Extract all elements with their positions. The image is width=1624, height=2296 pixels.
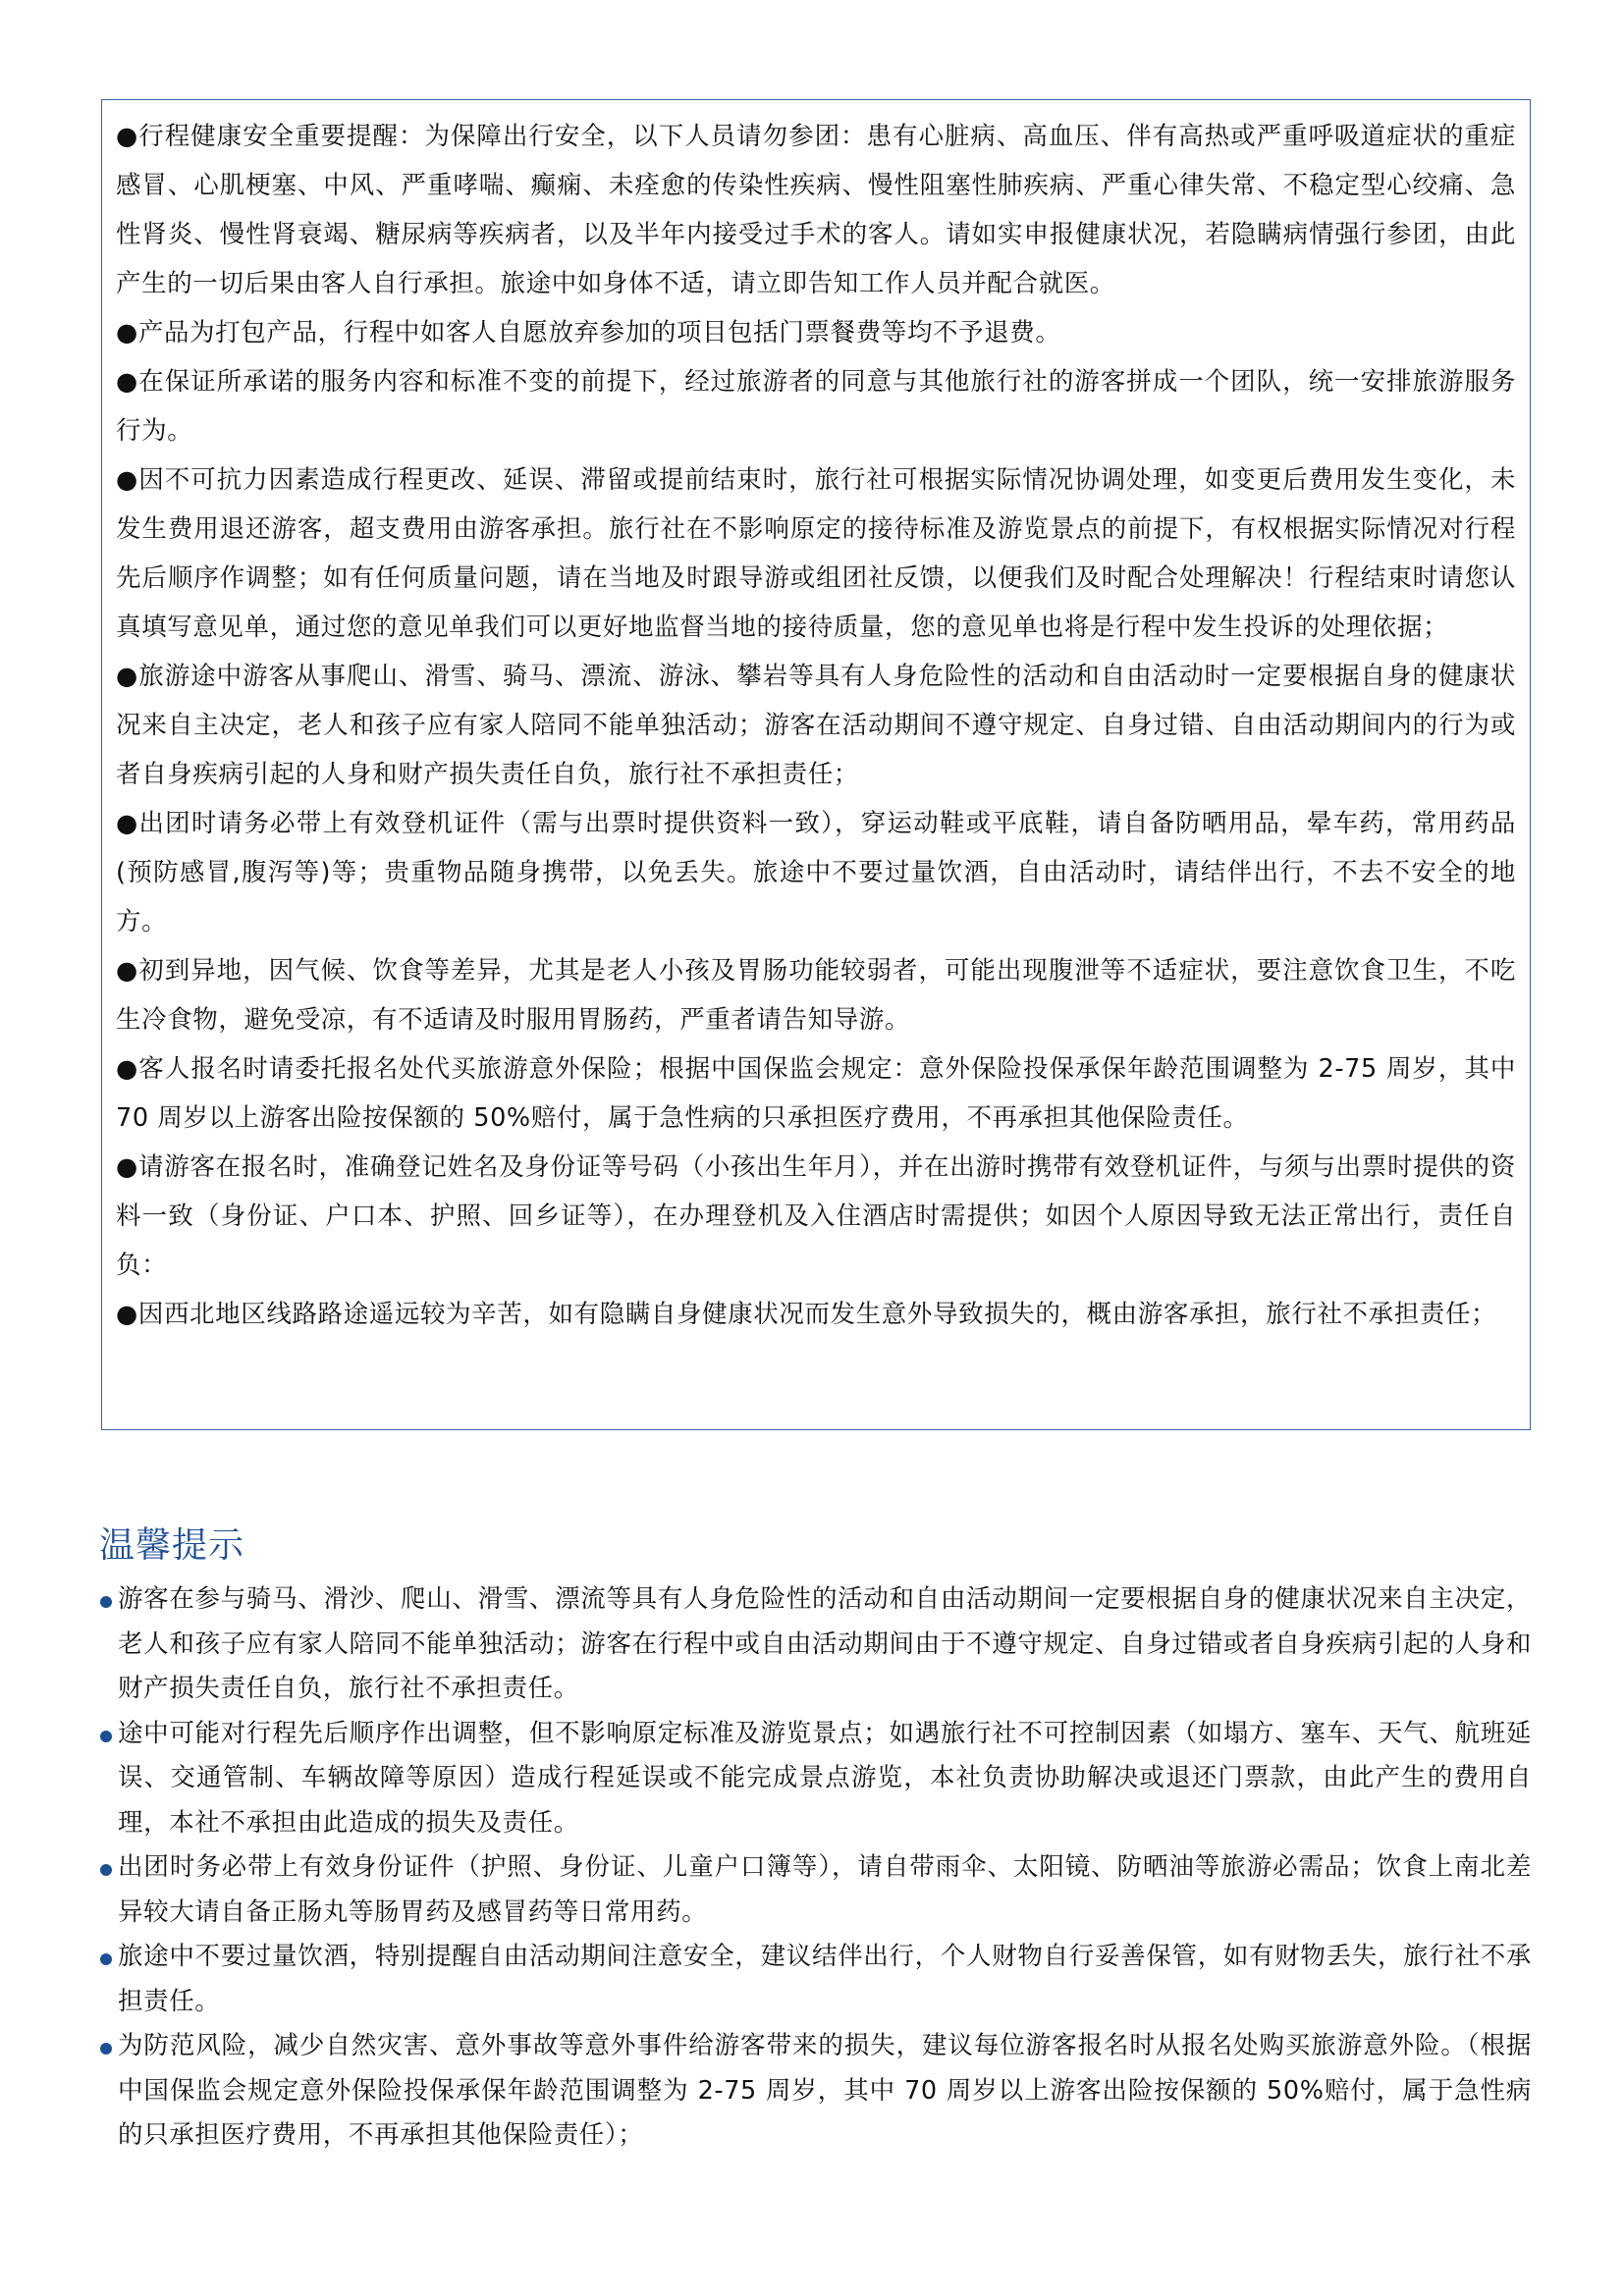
bullet-dot-icon xyxy=(100,1596,112,1608)
bullet-icon: ● xyxy=(116,367,138,397)
notice-item-northwest: ●因西北地区线路路途遥远较为辛苦，如有隐瞒自身健康状况而发生意外导致损失的，概由… xyxy=(116,1290,1516,1339)
bullet-dot-icon xyxy=(100,1864,112,1876)
tips-heading: 温馨提示 xyxy=(99,1522,244,1571)
tip-item-safety: 旅途中不要过量饮酒，特别提醒自由活动期间注意安全，建议结伴出行，个人财物自行妥善… xyxy=(98,1935,1542,2024)
notice-item-group-merge: ●在保证所承诺的服务内容和标准不变的前提下，经过旅游者的同意与其他旅行社的游客拼… xyxy=(116,357,1516,455)
bullet-icon: ● xyxy=(116,956,138,986)
bullet-icon: ● xyxy=(116,318,138,347)
notice-item-risky-activities: ●旅游途中游客从事爬山、滑雪、骑马、漂流、游泳、攀岩等具有人身危险性的活动和自由… xyxy=(116,652,1516,799)
tip-item-id-and-supplies: 出团时务必带上有效身份证件（护照、身份证、儿童户口簿等），请自带雨伞、太阳镜、防… xyxy=(98,1845,1542,1935)
notice-item-health: ●行程健康安全重要提醒：为保障出行安全，以下人员请勿参团：患有心脏病、高血压、伴… xyxy=(116,112,1516,308)
bullet-icon: ● xyxy=(116,809,138,838)
bullet-icon: ● xyxy=(116,1152,138,1182)
tips-list: 游客在参与骑马、滑沙、爬山、滑雪、漂流等具有人身危险性的活动和自由活动期间一定要… xyxy=(98,1577,1542,2159)
bullet-dot-icon xyxy=(100,1953,112,1965)
notice-item-diet: ●初到异地，因气候、饮食等差异，尤其是老人小孩及胃肠功能较弱者，可能出现腹泄等不… xyxy=(116,946,1516,1044)
notice-item-insurance: ●客人报名时请委托报名处代买旅游意外保险；根据中国保监会规定：意外保险投保承保年… xyxy=(116,1044,1516,1143)
tip-item-activities: 游客在参与骑马、滑沙、爬山、滑雪、漂流等具有人身危险性的活动和自由活动期间一定要… xyxy=(98,1577,1542,1712)
notice-item-force-majeure: ●因不可抗力因素造成行程更改、延误、滞留或提前结束时，旅行社可根据实际情况协调处… xyxy=(116,455,1516,652)
bullet-icon: ● xyxy=(116,465,138,495)
bullet-icon: ● xyxy=(116,662,138,691)
notice-item-registration: ●请游客在报名时，准确登记姓名及身份证等号码（小孩出生年月），并在出游时携带有效… xyxy=(116,1143,1516,1290)
bullet-icon: ● xyxy=(116,1054,138,1084)
bullet-icon: ● xyxy=(116,1300,138,1329)
bullet-dot-icon xyxy=(100,2043,112,2055)
notice-item-package: ●产品为打包产品，行程中如客人自愿放弃参加的项目包括门票餐费等均不予退费。 xyxy=(116,308,1516,357)
notice-box: ●行程健康安全重要提醒：为保障出行安全，以下人员请勿参团：患有心脏病、高血压、伴… xyxy=(101,99,1531,1430)
notice-item-documents: ●出团时请务必带上有效登机证件（需与出票时提供资料一致），穿运动鞋或平底鞋，请自… xyxy=(116,799,1516,946)
bullet-icon: ● xyxy=(116,122,138,151)
tip-item-itinerary-change: 途中可能对行程先后顺序作出调整，但不影响原定标准及游览景点；如遇旅行社不可控制因… xyxy=(98,1712,1542,1846)
tip-item-insurance: 为防范风险，减少自然灾害、意外事故等意外事件给游客带来的损失，建议每位游客报名时… xyxy=(98,2024,1542,2159)
bullet-dot-icon xyxy=(100,1731,112,1742)
